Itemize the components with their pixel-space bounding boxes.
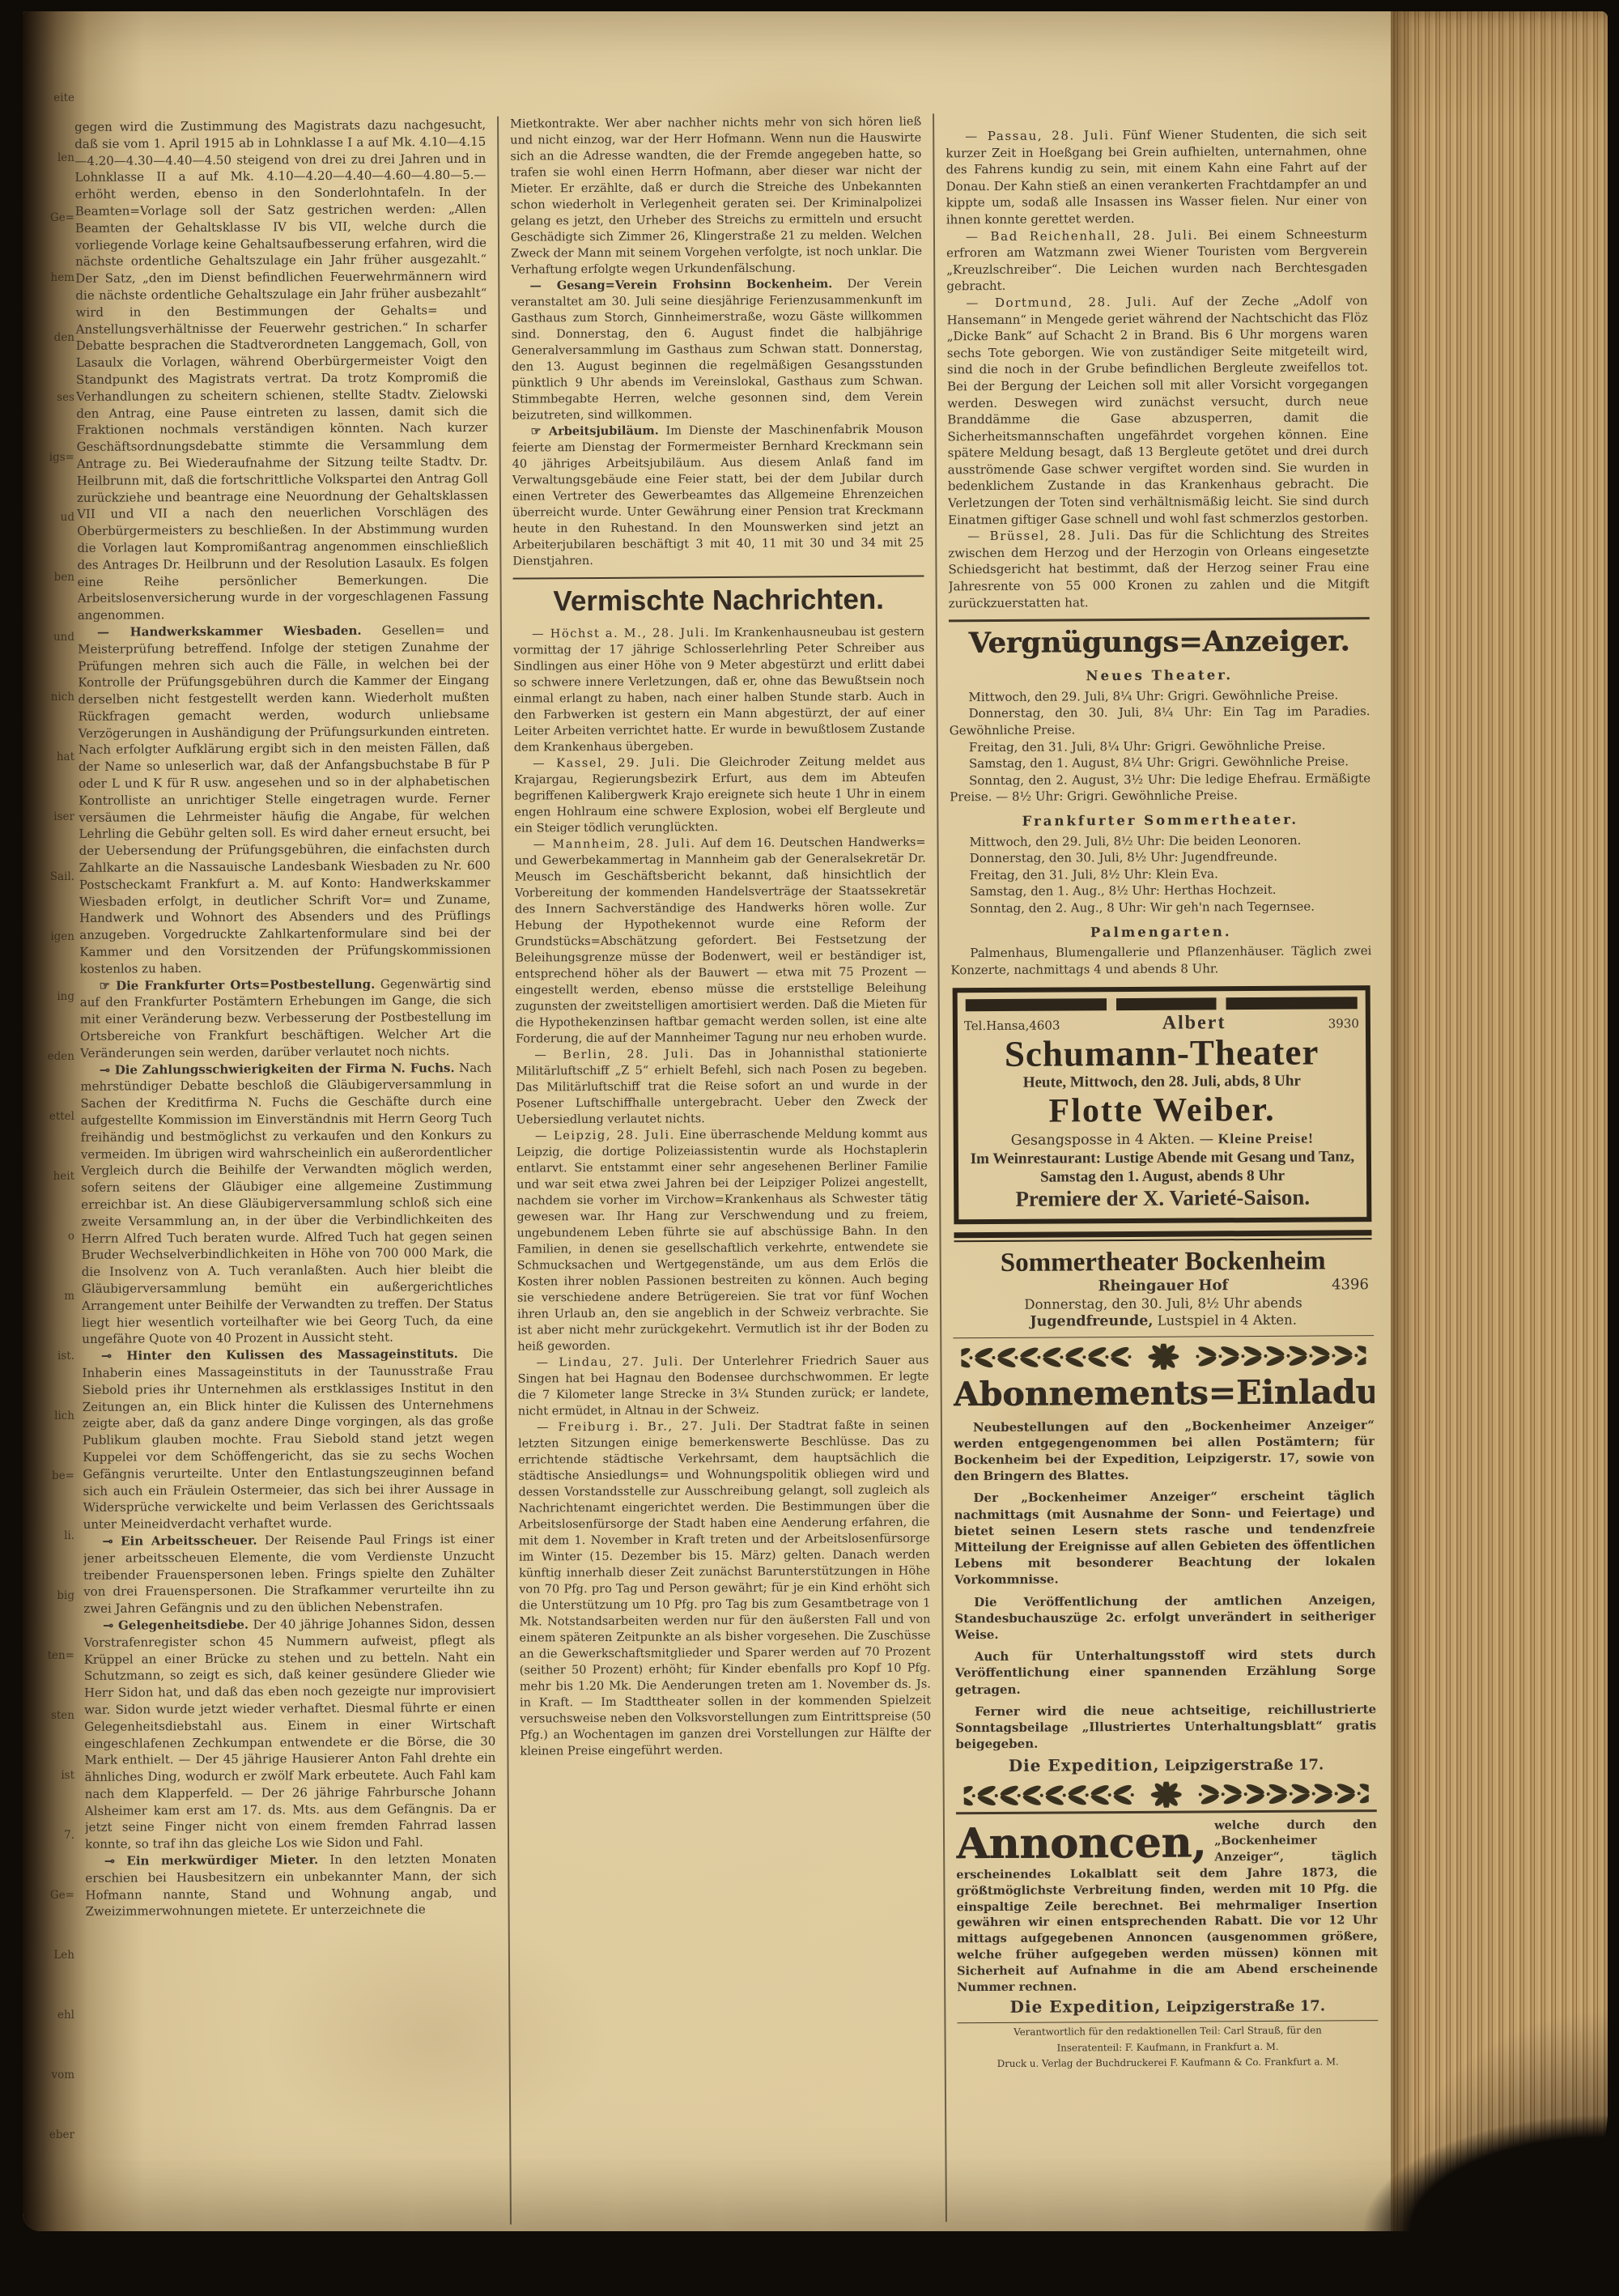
dateline: — Freiburg i. Br., 27. Juli. [537,1420,742,1435]
item-title: ⊸ Ein merkwürdiger Mieter. [104,1852,318,1869]
abo-paragraph: Ferner wird die neue achtseitige, reichi… [955,1701,1376,1753]
dateline: — Bad Reichenhall, 28. Juli. [966,227,1198,244]
dateline: — Höchst a. M., 28. Juli. [532,627,710,640]
news-item: — Berlin, 28. Juli. Das in Johannisthal … [516,1045,928,1129]
ad-weinrestaurant-line: Im Weinrestaurant: Lustige Abende mit Ge… [965,1147,1360,1168]
ad-number: 3930 [1328,1016,1359,1033]
news-item: — Passau, 28. Juli. Fünf Wiener Studente… [945,125,1367,228]
ad-premiere-line: Premiere der X. Varieté-Saison. [965,1184,1360,1211]
news-item: ⊸ Ein merkwürdiger Mieter. In den letzte… [85,1851,496,1920]
palmengarten-info: Palmenhaus, Blumengallerie und Pflanzenh… [950,942,1371,978]
column-left: gegen wird die Zustimmung des Magistrats… [74,117,499,2227]
dateline: — Kassel, 29. Juli. [533,756,681,770]
news-item: — Lindau, 27. Juli. Der Unterlehrer Frie… [517,1352,928,1419]
facing-page-text-fragments: eite len Ge= hem den ses igs= ud ben und… [28,68,74,2189]
ad-show-line: Jugendfreunde, Lustspiel in 4 Akten. [953,1311,1374,1331]
column-right: — Passau, 28. Juli. Fünf Wiener Studente… [945,111,1379,2222]
dateline: — Passau, 28. Juli. [965,128,1115,143]
show-entry: Donnerstag, den 30. Juli, 8¼ Uhr: Ein Ta… [950,704,1370,739]
column-middle: Mietkontrakte. Wer aber nachher nichts m… [510,114,934,2225]
expedition-address: Die Expedition, Leipzigerstraße 17. [955,1755,1376,1775]
ad-proprietor: Albert [1162,1015,1226,1032]
annoncen-section: Annoncen, welche durch den „Bockenheimer… [956,1817,1378,2018]
abo-paragraph: Auch für Unterhaltungsstoff wird stets d… [955,1646,1376,1698]
scanned-newspaper-photo: { "colors": {"paper":"#d8c498","ink":"#3… [0,0,1619,2296]
news-item: — Dortmund, 28. Juli. Auf der Zeche „Ado… [946,292,1369,528]
show-schedule: Mittwoch, den 29. Juli, 8½ Uhr: Die beid… [950,831,1371,917]
news-item: — Leipzig, 28. Juli. Eine überraschende … [516,1125,929,1354]
ad-venue-row: Rheingauer Hof 4396 [953,1277,1374,1296]
section-rule [956,1809,1377,1814]
dateline: — Lindau, 27. Juli. [537,1355,685,1369]
imprint: Verantwortlich für den redaktionellen Te… [957,2024,1378,2071]
item-title: ⊸ Ein Arbeitsscheuer. [103,1533,257,1549]
news-paragraph: Mietkontrakte. Wer aber nachher nichts m… [510,114,922,278]
venue-heading-neues-theater: Neues Theater. [949,666,1370,686]
ad-date-line: Heute, Mittwoch, den 28. Juli, abds, 8 U… [964,1071,1359,1092]
newspaper-page: eite len Ge= hem den ses igs= ud ben und… [23,11,1608,2231]
leaf-garland-ornament [964,1780,1369,1809]
abo-paragraph: Die Veröffentlichung der amtlichen Anzei… [954,1592,1375,1643]
abonnements-heading: Abonnements=Einladung. [954,1373,1375,1413]
ad-theater-name: Sommertheater Bockenheim [953,1246,1374,1278]
news-paragraph: gegen wird die Zustimmung des Magistrats… [74,117,489,624]
show-entry: Samstag, den 1. August, 8¼ Uhr: Grigri. … [950,753,1370,772]
ad-theater-name: Schumann-Theater [964,1032,1359,1074]
dateline: — Leipzig, 28. Juli. [535,1129,675,1142]
column-divider [497,117,512,2225]
show-entry: Sonntag, den 2. August, 3½ Uhr: Die ledi… [950,770,1370,806]
sommertheater-bockenheim-ad: Sommertheater Bockenheim Rheingauer Hof … [953,1246,1375,1331]
venue-heading-frankfurter-sommertheater: Frankfurter Sommertheater. [950,811,1370,831]
section-heading-vermischte-nachrichten: Vermischte Nachrichten. [513,584,924,619]
news-item: — Bad Reichenhall, 28. Juli. Bei einem S… [946,226,1367,296]
news-item: — Höchst a. M., 28. Juli. Im Krankenhaus… [513,624,925,756]
news-item: ☞ Arbeitsjubiläum. Im Dienste der Maschi… [512,422,924,570]
dateline: — Berlin, 28. Juli. [534,1048,695,1061]
dateline: — Dortmund, 28. Juli. [966,295,1158,310]
news-item: — Gesang=Verein Frohsinn Bockenheim. Der… [511,276,923,424]
imprint-line: Inseratenteil: F. Kaufmann, in Frankfurt… [958,2040,1379,2056]
item-title: ⊸ Die Zahlungsschwierigkeiten der Firma … [100,1061,455,1078]
news-item: — Mannheim, 28. Juli. Auf dem 16. Deutsc… [514,835,927,1048]
item-title: ⊸ Hinter den Kulissen des Massageinstitu… [101,1346,457,1363]
ad-top-bar [966,997,1358,1012]
item-title: ☞ Die Frankfurter Orts=Postbestellung. [100,976,376,993]
page-content: gegen wird die Zustimmung des Magistrats… [74,111,1383,2227]
ad-samstag-line: Samstag den 1. August, abends 8 Uhr [965,1166,1360,1187]
news-item: — Kassel, 29. Juli. Die Gleichroder Zeit… [514,754,926,837]
double-rule [954,1230,1371,1242]
news-item: ⊸ Hinter den Kulissen des Massageinstitu… [82,1346,494,1533]
imprint-line: Verantwortlich für den redaktionellen Te… [957,2024,1378,2039]
abo-paragraph: Der „Bockenheimer Anzeiger“ erscheint tä… [954,1487,1375,1588]
annoncen-heading: Annoncen, [956,1821,1206,1866]
ad-show-title: Flotte Weiber. [964,1090,1359,1131]
section-heading-vergnuegungs-anzeiger: Vergnügungs=Anzeiger. [949,624,1370,661]
abo-paragraph: Neubestellungen auf den „Bockenheimer An… [954,1417,1375,1485]
item-title: — Handwerkskammer Wiesbaden. [97,623,362,640]
news-item: ⊸ Die Zahlungsschwierigkeiten der Firma … [80,1059,493,1348]
dateline: — Mannheim, 28. Juli. [533,837,696,851]
expedition-address: Die Expedition, Leipzigerstraße 17. [957,1997,1378,2018]
imprint-rule [957,2020,1378,2023]
news-item: ☞ Die Frankfurter Orts=Postbestellung. G… [80,975,492,1061]
news-item: ⊸ Ein Arbeitsscheuer. Der Reisende Paul … [83,1531,495,1618]
show-schedule: Mittwoch, den 29. Juli, 8¼ Uhr: Grigri. … [949,687,1370,806]
ad-number: 4396 [1332,1277,1369,1294]
dateline: — Brüssel, 28. Juli. [967,528,1121,543]
news-item: ⊸ Gelegenheitsdiebe. Der 40 jährige Joha… [83,1615,496,1853]
ad-genre-line: Gesangsposse in 4 Akten. — Kleine Preise… [965,1129,1360,1150]
news-item: — Handwerkskammer Wiesbaden. Gesellen= u… [78,622,491,978]
section-rule [513,576,924,580]
item-title: ☞ Arbeitsjubiläum. [531,424,659,439]
leaf-garland-ornament [961,1342,1366,1371]
imprint-line: Druck u. Verlag der Buchdruckerei F. Kau… [958,2056,1379,2071]
item-title: — Gesang=Verein Frohsinn Bockenheim. [529,277,832,292]
show-entry: Sonntag, den 2. Aug., 8 Uhr: Wir geh'n n… [950,898,1371,917]
section-rule [949,617,1370,622]
page-corner-shadow [1268,2102,1608,2231]
item-title: ⊸ Gelegenheitsdiebe. [103,1618,249,1633]
venue-heading-palmengarten: Palmengarten. [950,923,1371,942]
column-divider [933,113,947,2222]
section-rule [953,1335,1374,1338]
schumann-theater-ad: Tel.Hansa,4603 Albert 3930 Schumann-Thea… [953,985,1372,1224]
news-item: — Brüssel, 28. Juli. Das für die Schlich… [948,525,1370,611]
abonnements-einladung-section: Abonnements=Einladung. Neubestellungen a… [954,1373,1377,1776]
news-item: — Freiburg i. Br., 27. Juli. Der Stadtra… [518,1417,932,1759]
ad-venue: Rheingauer Hof [1098,1278,1228,1295]
book-fore-edge [1391,11,1608,2231]
ad-telephone: Tel.Hansa,4603 [964,1018,1060,1035]
